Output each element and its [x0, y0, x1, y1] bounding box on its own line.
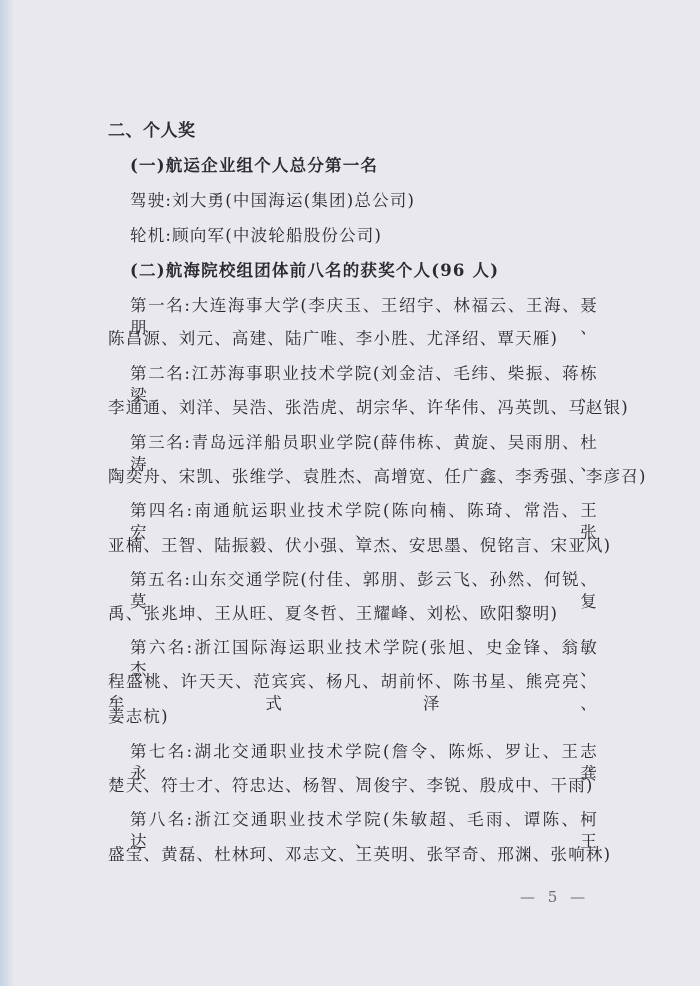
document-page: 二、个人奖 (一)航运企业组个人总分第一名 驾驶:刘大勇(中国海运(集团)总公司…: [0, 0, 700, 986]
rank-1-line-2: 陈昌源、刘元、高建、陆广唯、李小胜、尤泽绍、覃天雁): [108, 328, 598, 350]
entry-engineering: 轮机:顾向军(中波轮船股份公司): [130, 225, 620, 247]
section-title: 二、个人奖: [108, 120, 598, 142]
rank-3-line-2: 陶奕舟、宋凯、张维学、袁胜杰、高增宽、任广鑫、李秀强、李彦召): [108, 466, 598, 488]
rank-6-line-3: 姜志杭): [108, 706, 598, 728]
rank-4-line-2: 亚楠、王智、陆振毅、伏小强、章杰、安思墨、倪铭言、宋亚风): [108, 535, 598, 557]
rank-5-line-2: 禹、张兆坤、王从旺、夏冬哲、王耀峰、刘松、欧阳黎明): [108, 603, 598, 625]
entry-navigation: 驾驶:刘大勇(中国海运(集团)总公司): [130, 190, 620, 212]
subsection-title-1: (一)航运企业组个人总分第一名: [130, 155, 620, 177]
rank-7-line-2: 楚天、符士才、符忠达、杨智、周俊宇、李锐、殷成中、干雨): [108, 775, 598, 797]
subsection-title-2: (二)航海院校组团体前八名的获奖个人(96 人): [130, 260, 620, 282]
rank-8-line-2: 盛宝、黄磊、杜林珂、邓志文、王英明、张罕奇、邢渊、张响林): [108, 844, 598, 866]
rank-2-line-2: 李通通、刘洋、吴浩、张浩虎、胡宗华、许华伟、冯英凯、马赵银): [108, 397, 598, 419]
page-number: — 5 —: [520, 888, 589, 906]
